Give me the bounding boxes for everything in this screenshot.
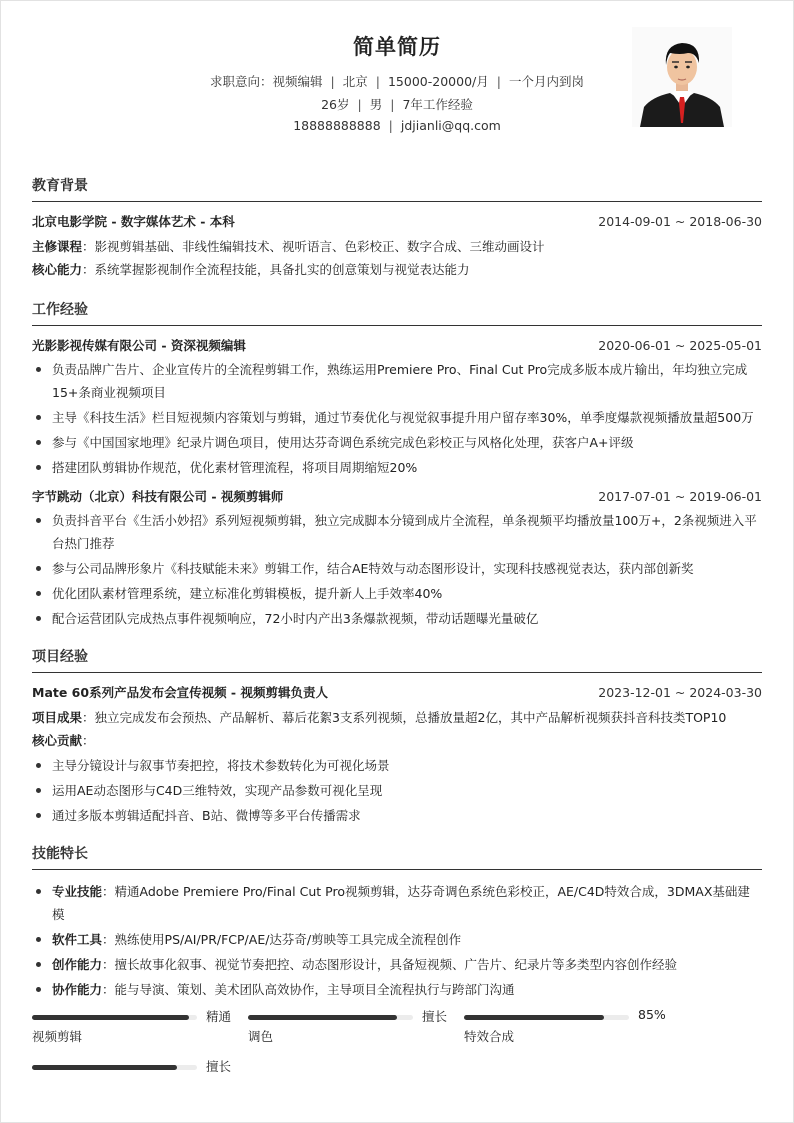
list-item: 参与公司品牌形象片《科技赋能未来》剪辑工作，结合AE特效与动态图形设计，实现科技… xyxy=(32,557,762,580)
project-result-line: 项目成果：独立完成发布会预热、产品解析、幕后花絮3支系列视频，总播放量超2亿，其… xyxy=(32,706,762,729)
skill-text: 精通Adobe Premiere Pro/Final Cut Pro视频剪辑，达… xyxy=(52,884,750,922)
gender: 男 xyxy=(370,97,383,112)
progress-track xyxy=(248,1015,413,1020)
skill-name: 特效合成 xyxy=(464,1027,514,1045)
work-bullets: 负责品牌广告片、企业宣传片的全流程剪辑工作，熟练运用Premiere Pro、F… xyxy=(32,358,762,479)
skills-section: 技能特长 专业技能：精通Adobe Premiere Pro/Final Cut… xyxy=(32,843,762,1089)
progress-fill xyxy=(32,1015,189,1020)
list-item: 运用AE动态图形与C4D三维特效，实现产品参数可视化呈现 xyxy=(32,779,762,802)
project-role: Mate 60系列产品发布会宣传视频 - 视频剪辑负责人 xyxy=(32,683,328,703)
work-section: 工作经验 光影影视传媒有限公司 - 资深视频编辑 2020-06-01 ~ 20… xyxy=(32,299,762,630)
result-text: 独立完成发布会预热、产品解析、幕后花絮3支系列视频，总播放量超2亿，其中产品解析… xyxy=(95,710,727,725)
school-major-degree: 北京电影学院 - 数字媒体艺术 - 本科 xyxy=(32,212,235,232)
result-label: 项目成果 xyxy=(32,710,82,725)
skill-name: 调色 xyxy=(248,1027,273,1045)
list-item: 主导分镜设计与叙事节奏把控，将技术参数转化为可视化场景 xyxy=(32,754,762,777)
contrib-label: 核心贡献 xyxy=(32,733,82,748)
progress-track xyxy=(464,1015,629,1020)
section-heading: 教育背景 xyxy=(32,175,762,202)
courses-line: 主修课程：影视剪辑基础、非线性编辑技术、视听语言、色彩校正、数字合成、三维动画设… xyxy=(32,235,762,258)
divider: | xyxy=(358,97,362,112)
divider: | xyxy=(390,97,394,112)
divider: | xyxy=(389,118,393,133)
progress-track xyxy=(32,1065,197,1070)
company-role: 字节跳动（北京）科技有限公司 - 视频剪辑师 xyxy=(32,487,283,507)
section-heading: 项目经验 xyxy=(32,646,762,673)
email: jdjianli@qq.com xyxy=(401,118,501,133)
divider: | xyxy=(331,74,335,89)
skill-level: 擅长 xyxy=(422,1007,447,1025)
project-bullets: 主导分镜设计与叙事节奏把控，将技术参数转化为可视化场景 运用AE动态图形与C4D… xyxy=(32,754,762,827)
availability: 一个月内到岗 xyxy=(509,74,584,89)
date-range: 2014-09-01 ~ 2018-06-30 xyxy=(598,212,762,232)
list-item: 优化团队素材管理系统，建立标准化剪辑模板，提升新人上手效率40% xyxy=(32,582,762,605)
city: 北京 xyxy=(343,74,368,89)
resume-page: 简单简历 求职意向：视频编辑|北京|15000-20000/月|一个月内到岗 2… xyxy=(0,0,794,1123)
section-heading: 技能特长 xyxy=(32,843,762,870)
list-item: 参与《中国国家地理》纪录片调色项目，使用达芬奇调色系统完成色彩校正与风格化处理，… xyxy=(32,431,762,454)
list-item: 负责品牌广告片、企业宣传片的全流程剪辑工作，熟练运用Premiere Pro、F… xyxy=(32,358,762,404)
resume-header: 简单简历 求职意向：视频编辑|北京|15000-20000/月|一个月内到岗 2… xyxy=(32,1,762,161)
salary: 15000-20000/月 xyxy=(388,74,489,89)
progress-fill xyxy=(248,1015,397,1020)
work-entry-header: 字节跳动（北京）科技有限公司 - 视频剪辑师 2017-07-01 ~ 2019… xyxy=(32,487,762,507)
date-range: 2023-12-01 ~ 2024-03-30 xyxy=(598,683,762,703)
skill-label: 协作能力 xyxy=(52,982,102,997)
skills-bullets: 专业技能：精通Adobe Premiere Pro/Final Cut Pro视… xyxy=(32,880,762,1001)
skill-level: 85% xyxy=(638,1007,666,1022)
skill-text: 能与导演、策划、美术团队高效协作，主导项目全流程执行与跨部门沟通 xyxy=(115,982,515,997)
project-entry-header: Mate 60系列产品发布会宣传视频 - 视频剪辑负责人 2023-12-01 … xyxy=(32,683,762,703)
skill-text: 熟练使用PS/AI/PR/FCP/AE/达芬奇/剪映等工具完成全流程创作 xyxy=(115,932,462,947)
date-range: 2017-07-01 ~ 2019-06-01 xyxy=(598,487,762,507)
list-item: 搭建团队剪辑协作规范，优化素材管理流程，将项目周期缩短20% xyxy=(32,456,762,479)
skill-level: 擅长 xyxy=(206,1057,231,1075)
skill-name: 视频剪辑 xyxy=(32,1027,82,1045)
education-section: 教育背景 北京电影学院 - 数字媒体艺术 - 本科 2014-09-01 ~ 2… xyxy=(32,175,762,281)
work-entry-header: 光影影视传媒有限公司 - 资深视频编辑 2020-06-01 ~ 2025-05… xyxy=(32,336,762,356)
skill-label: 创作能力 xyxy=(52,957,102,972)
list-item: 协作能力：能与导演、策划、美术团队高效协作，主导项目全流程执行与跨部门沟通 xyxy=(32,978,762,1001)
list-item: 通过多版本剪辑适配抖音、B站、微博等多平台传播需求 xyxy=(32,804,762,827)
age: 26岁 xyxy=(321,97,349,112)
skill-bars: 精通 视频剪辑 擅长 调色 85% 特效合成 擅长 xyxy=(32,1009,762,1089)
progress-fill xyxy=(464,1015,604,1020)
work-bullets: 负责抖音平台《生活小妙招》系列短视频剪辑，独立完成脚本分镜到成片全流程，单条视频… xyxy=(32,509,762,630)
skill-label: 专业技能 xyxy=(52,884,102,899)
education-entry-header: 北京电影学院 - 数字媒体艺术 - 本科 2014-09-01 ~ 2018-0… xyxy=(32,212,762,232)
project-contrib-line: 核心贡献： xyxy=(32,729,762,752)
ability-label: 核心能力 xyxy=(32,262,82,277)
section-heading: 工作经验 xyxy=(32,299,762,326)
list-item: 配合运营团队完成热点事件视频响应，72小时内产出3条爆款视频，带动话题曝光量破亿 xyxy=(32,607,762,630)
ability-line: 核心能力：系统掌握影视制作全流程技能，具备扎实的创意策划与视觉表达能力 xyxy=(32,258,762,281)
courses-text: 影视剪辑基础、非线性编辑技术、视听语言、色彩校正、数字合成、三维动画设计 xyxy=(95,239,545,254)
divider: | xyxy=(497,74,501,89)
avatar xyxy=(632,27,732,127)
experience-years: 7年工作经验 xyxy=(402,97,472,112)
ability-text: 系统掌握影视制作全流程技能，具备扎实的创意策划与视觉表达能力 xyxy=(95,262,470,277)
phone: 18888888888 xyxy=(293,118,380,133)
skill-text: 擅长故事化叙事、视觉节奏把控、动态图形设计，具备短视频、广告片、纪录片等多类型内… xyxy=(115,957,678,972)
divider: | xyxy=(376,74,380,89)
skill-label: 软件工具 xyxy=(52,932,102,947)
progress-fill xyxy=(32,1065,177,1070)
list-item: 软件工具：熟练使用PS/AI/PR/FCP/AE/达芬奇/剪映等工具完成全流程创… xyxy=(32,928,762,951)
projects-section: 项目经验 Mate 60系列产品发布会宣传视频 - 视频剪辑负责人 2023-1… xyxy=(32,646,762,827)
list-item: 创作能力：擅长故事化叙事、视觉节奏把控、动态图形设计，具备短视频、广告片、纪录片… xyxy=(32,953,762,976)
list-item: 主导《科技生活》栏目短视频内容策划与剪辑，通过节奏优化与视觉叙事提升用户留存率3… xyxy=(32,406,762,429)
list-item: 专业技能：精通Adobe Premiere Pro/Final Cut Pro视… xyxy=(32,880,762,926)
company-role: 光影影视传媒有限公司 - 资深视频编辑 xyxy=(32,336,246,356)
progress-track xyxy=(32,1015,197,1020)
list-item: 负责抖音平台《生活小妙招》系列短视频剪辑，独立完成脚本分镜到成片全流程，单条视频… xyxy=(32,509,762,555)
skill-level: 精通 xyxy=(206,1007,231,1025)
date-range: 2020-06-01 ~ 2025-05-01 xyxy=(598,336,762,356)
courses-label: 主修课程 xyxy=(32,239,82,254)
job-intent: 求职意向：视频编辑 xyxy=(210,74,323,89)
